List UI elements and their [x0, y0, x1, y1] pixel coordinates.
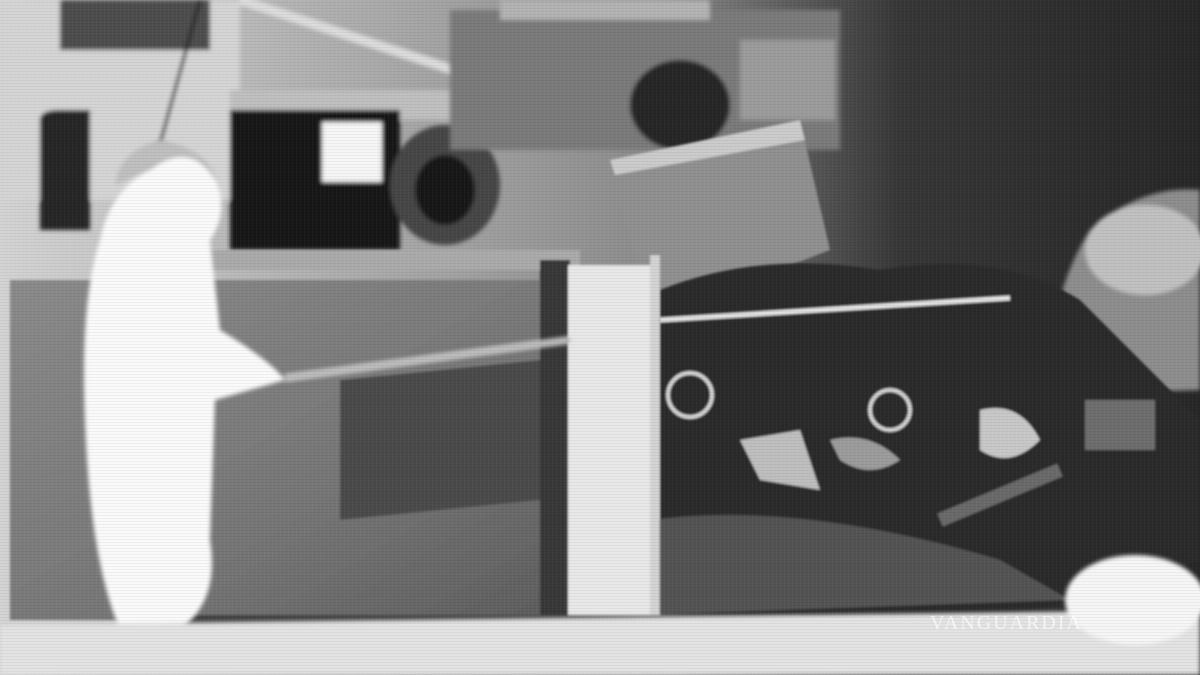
watermark: VANGUARDIA	[930, 612, 1083, 635]
license-plate	[322, 122, 382, 182]
photo-scene	[0, 0, 1200, 675]
news-photo: VANGUARDIA	[0, 0, 1200, 675]
container-door	[568, 265, 660, 620]
rock	[1065, 555, 1200, 645]
